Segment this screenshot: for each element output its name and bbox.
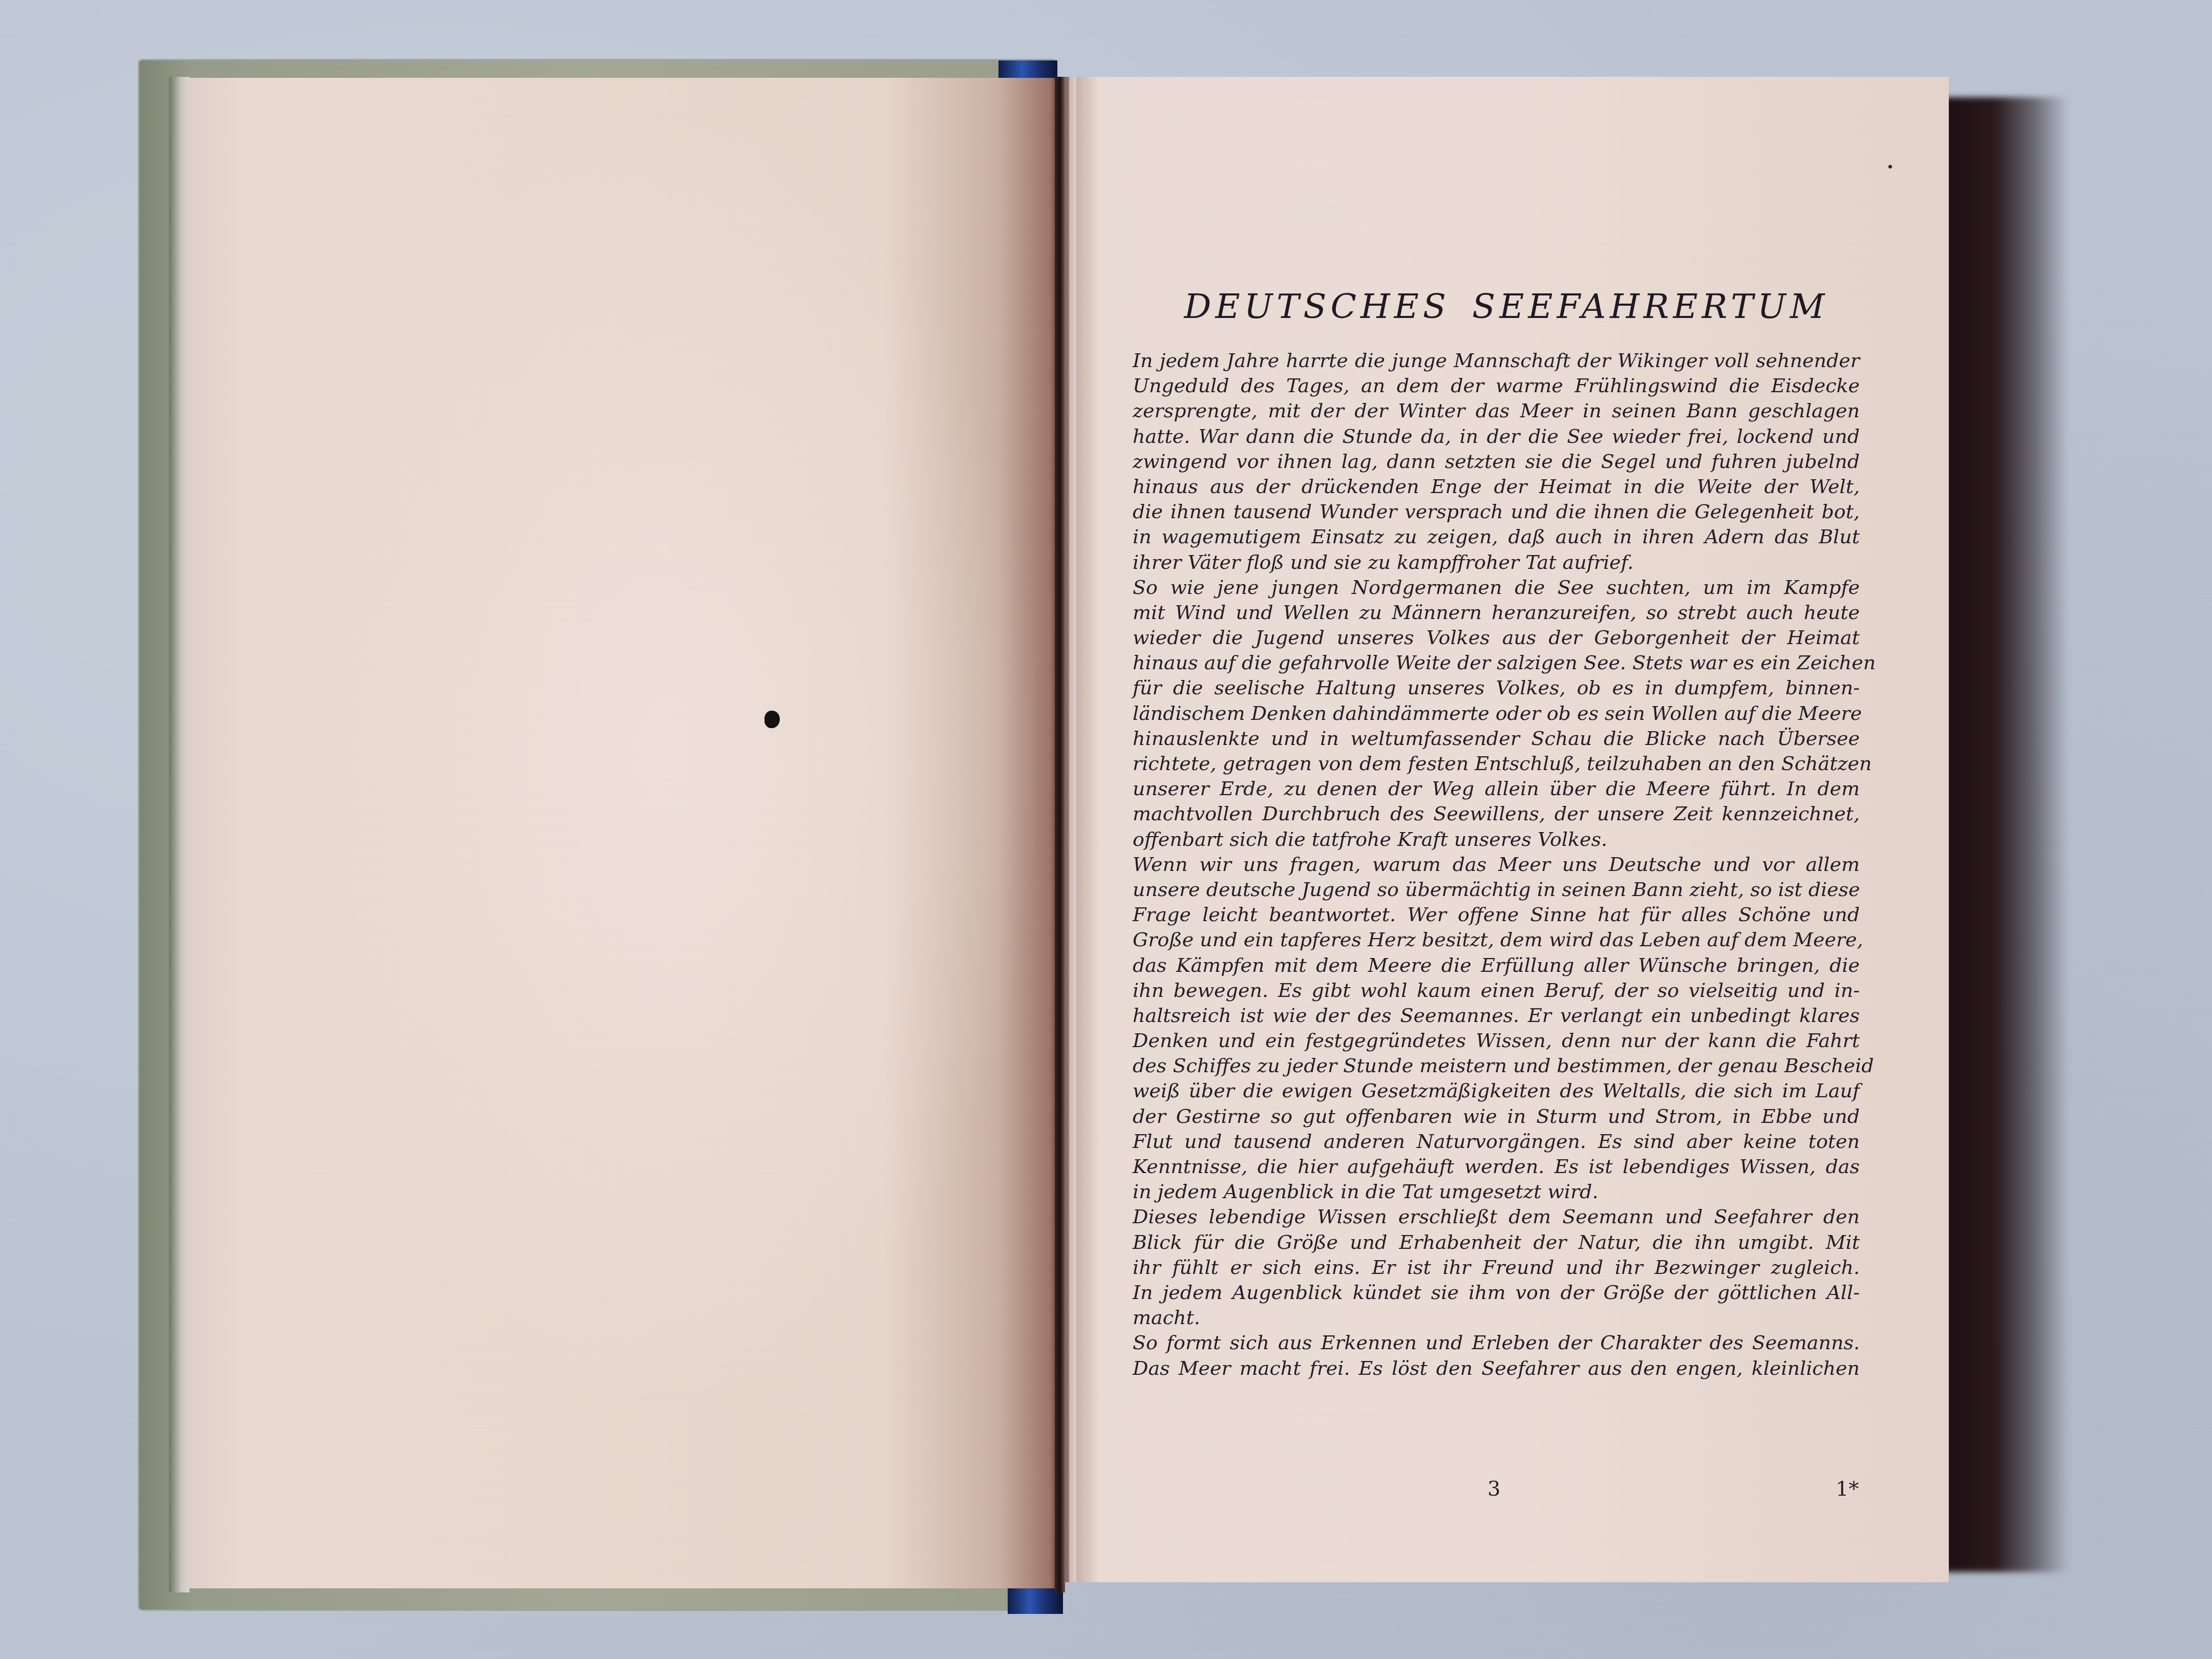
text-line: ihrer Väter floß und sie zu kampffroher …	[1133, 550, 1860, 575]
text-line: hinauslenkte und in weltumfassender Scha…	[1133, 726, 1860, 751]
body-text: In jedem Jahre harrte die junge Mannscha…	[1133, 348, 1860, 1381]
text-line: In jedem Jahre harrte die junge Mannscha…	[1133, 348, 1860, 373]
text-line: hinaus aus der drückenden Enge der Heima…	[1133, 474, 1860, 499]
text-line: Denken und ein festgegründetes Wissen, d…	[1133, 1028, 1860, 1053]
text-line: mit Wind und Wellen zu Männern heranzure…	[1133, 600, 1860, 625]
text-line: So formt sich aus Erkennen und Erleben d…	[1133, 1330, 1860, 1355]
text-line: richtete, getragen von dem festen Entsch…	[1133, 751, 1860, 776]
text-line: machtvollen Durchbruch des Seewillens, d…	[1133, 801, 1860, 826]
text-line: in jedem Augenblick in die Tat umgesetzt…	[1133, 1179, 1860, 1204]
cover-hinge	[169, 77, 189, 1592]
text-line: zersprengte, mit der der Winter das Meer…	[1133, 398, 1860, 423]
text-line: weiß über die ewigen Gesetzmäßigkeiten d…	[1133, 1078, 1860, 1103]
text-line: zwingend vor ihnen lag, dann setzten sie…	[1133, 449, 1860, 474]
paper-speck	[1888, 165, 1892, 168]
text-line: des Schiffes zu jeder Stunde meistern un…	[1133, 1053, 1860, 1078]
text-line: wieder die Jugend unseres Volkes aus der…	[1133, 625, 1860, 650]
text-line: So wie jene jungen Nordgermanen die See …	[1133, 575, 1860, 600]
text-line: haltsreich ist wie der des Seemannes. Er…	[1133, 1003, 1860, 1028]
text-line: der Gestirne so gut offenbaren wie in St…	[1133, 1104, 1860, 1129]
text-line: das Kämpfen mit dem Meere die Erfüllung …	[1133, 953, 1860, 978]
text-line: Das Meer macht frei. Es löst den Seefahr…	[1133, 1356, 1860, 1381]
text-line: unsere deutsche Jugend so übermächtig in…	[1133, 877, 1860, 902]
text-line: hatte. War dann die Stunde da, in der di…	[1133, 424, 1860, 449]
text-line: Ungeduld des Tages, an dem der warme Frü…	[1133, 373, 1860, 398]
text-line: in wagemutigem Einsatz zu zeigen, daß au…	[1133, 524, 1860, 549]
text-line: Blick für die Größe und Erhabenheit der …	[1133, 1230, 1860, 1255]
paragraph-5: So formt sich aus Erkennen und Erleben d…	[1133, 1330, 1860, 1380]
left-page	[188, 78, 1059, 1588]
text-line: hinaus auf die gefahrvolle Weite der sal…	[1133, 650, 1860, 675]
text-line: In jedem Augenblick kündet sie ihm von d…	[1133, 1280, 1860, 1305]
ink-spot	[764, 711, 780, 728]
text-line: macht.	[1133, 1305, 1860, 1330]
signature-mark: 1*	[1836, 1477, 1859, 1501]
page-number: 3	[1487, 1477, 1500, 1501]
paragraph-2: So wie jene jungen Nordgermanen die See …	[1133, 575, 1860, 852]
paragraph-3: Wenn wir uns fragen, warum das Meer uns …	[1133, 852, 1860, 1205]
chapter-title: DEUTSCHES SEEFAHRERTUM	[1064, 287, 1949, 326]
text-line: Wenn wir uns fragen, warum das Meer uns …	[1133, 852, 1860, 877]
text-line: ihr fühlt er sich eins. Er ist ihr Freun…	[1133, 1255, 1860, 1280]
book-shadow	[1936, 97, 2069, 1572]
text-line: Flut und tausend anderen Naturvorgängen.…	[1133, 1129, 1860, 1154]
text-line: für die seelische Haltung unseres Volkes…	[1133, 675, 1860, 700]
text-line: offenbart sich die tatfrohe Kraft unsere…	[1133, 827, 1860, 852]
text-line: unserer Erde, zu denen der Weg allein üb…	[1133, 776, 1860, 801]
text-line: die ihnen tausend Wunder versprach und d…	[1133, 499, 1860, 524]
paragraph-1: In jedem Jahre harrte die junge Mannscha…	[1133, 348, 1860, 575]
text-line: ihn bewegen. Es gibt wohl kaum einen Ber…	[1133, 978, 1860, 1003]
book-gutter	[1055, 77, 1065, 1592]
text-line: Frage leicht beantwortet. Wer offene Sin…	[1133, 902, 1860, 927]
paragraph-4: Dieses lebendige Wissen erschließt dem S…	[1133, 1204, 1860, 1330]
text-line: Kenntnisse, die hier aufgehäuft werden. …	[1133, 1154, 1860, 1179]
text-line: Dieses lebendige Wissen erschließt dem S…	[1133, 1204, 1860, 1229]
text-line: ländischem Denken dahindämmerte oder ob …	[1133, 701, 1860, 726]
text-line: Große und ein tapferes Herz besitzt, dem…	[1133, 927, 1860, 952]
